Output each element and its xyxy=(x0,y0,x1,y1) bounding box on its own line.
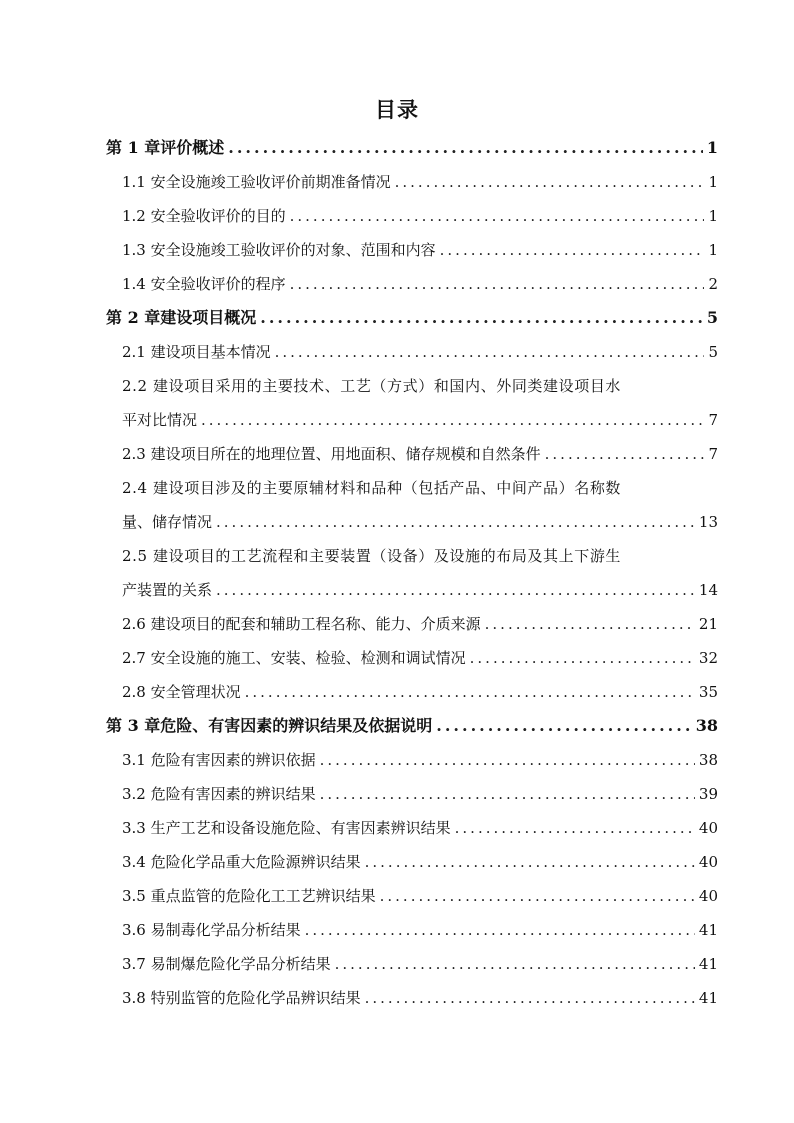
toc-page-number: 7 xyxy=(708,403,718,437)
toc-entry-label: 1.3 安全设施竣工验收评价的对象、范围和内容 xyxy=(122,233,436,267)
toc-page-number: 1 xyxy=(708,165,718,199)
toc-section-2-2[interactable]: 2.2 建设项目采用的主要技术、工艺（方式）和国内、外同类建设项目水 平对比情况… xyxy=(106,369,718,437)
toc-page-number: 40 xyxy=(699,879,718,913)
table-of-contents: 第 1 章评价概述 1 1.1 安全设施竣工验收评价前期准备情况 1 1.2 安… xyxy=(106,131,718,1015)
toc-page-number: 41 xyxy=(699,947,718,981)
toc-page-number: 7 xyxy=(708,437,718,471)
toc-page-number: 39 xyxy=(699,777,718,811)
toc-section-3-5[interactable]: 3.5 重点监管的危险化工工艺辨识结果 40 xyxy=(106,879,718,913)
toc-entry-label: 3.7 易制爆危险化学品分析结果 xyxy=(122,947,331,981)
toc-page-number: 21 xyxy=(699,607,718,641)
toc-page-number: 41 xyxy=(699,981,718,1015)
dot-leader xyxy=(470,641,695,675)
toc-page-number: 5 xyxy=(707,301,718,335)
toc-entry-label: 2.8 安全管理状况 xyxy=(122,675,241,709)
toc-entry-label: 3.4 危险化学品重大危险源辨识结果 xyxy=(122,845,361,879)
toc-entry-continuation: 产装置的关系 14 xyxy=(106,573,718,607)
toc-section-1-2[interactable]: 1.2 安全验收评价的目的 1 xyxy=(106,199,718,233)
toc-page-number: 2 xyxy=(708,267,718,301)
toc-entry-label-line1: 2.5 建设项目的工艺流程和主要装置（设备）及设施的布局及其上下游生 xyxy=(106,539,718,573)
toc-entry-label-line2: 平对比情况 xyxy=(122,403,197,437)
toc-section-2-1[interactable]: 2.1 建设项目基本情况 5 xyxy=(106,335,718,369)
toc-entry-continuation: 平对比情况 7 xyxy=(106,403,718,437)
toc-section-1-4[interactable]: 1.4 安全验收评价的程序 2 xyxy=(106,267,718,301)
toc-section-3-3[interactable]: 3.3 生产工艺和设备设施危险、有害因素辨识结果 40 xyxy=(106,811,718,845)
toc-page-number: 38 xyxy=(699,743,718,777)
dot-leader xyxy=(216,573,695,607)
dot-leader xyxy=(305,913,695,947)
toc-chapter-3[interactable]: 第 3 章危险、有害因素的辨识结果及依据说明 38 xyxy=(106,709,718,743)
toc-entry-label: 第 1 章评价概述 xyxy=(106,131,224,165)
toc-entry-label: 2.7 安全设施的施工、安装、检验、检测和调试情况 xyxy=(122,641,466,675)
toc-entry-label-line1: 2.4 建设项目涉及的主要原辅材料和品种（包括产品、中间产品）名称数 xyxy=(106,471,718,505)
toc-entry-label: 3.8 特别监管的危险化学品辨识结果 xyxy=(122,981,361,1015)
toc-entry-label: 第 2 章建设项目概况 xyxy=(106,301,256,335)
dot-leader xyxy=(335,947,695,981)
toc-entry-label: 3.2 危险有害因素的辨识结果 xyxy=(122,777,316,811)
toc-section-3-8[interactable]: 3.8 特别监管的危险化学品辨识结果 41 xyxy=(106,981,718,1015)
dot-leader xyxy=(320,777,695,811)
toc-section-3-6[interactable]: 3.6 易制毒化学品分析结果 41 xyxy=(106,913,718,947)
toc-entry-label: 第 3 章危险、有害因素的辨识结果及依据说明 xyxy=(106,709,432,743)
toc-section-3-1[interactable]: 3.1 危险有害因素的辨识依据 38 xyxy=(106,743,718,777)
toc-page-number: 13 xyxy=(699,505,718,539)
dot-leader xyxy=(216,505,695,539)
toc-entry-label: 3.5 重点监管的危险化工工艺辨识结果 xyxy=(122,879,376,913)
toc-page-number: 14 xyxy=(699,573,718,607)
dot-leader xyxy=(320,743,695,777)
dot-leader xyxy=(290,199,705,233)
toc-entry-label: 1.2 安全验收评价的目的 xyxy=(122,199,286,233)
toc-page-number: 5 xyxy=(708,335,718,369)
toc-section-2-6[interactable]: 2.6 建设项目的配套和辅助工程名称、能力、介质来源 21 xyxy=(106,607,718,641)
toc-entry-label: 2.3 建设项目所在的地理位置、用地面积、储存规模和自然条件 xyxy=(122,437,541,471)
toc-section-2-4[interactable]: 2.4 建设项目涉及的主要原辅材料和品种（包括产品、中间产品）名称数 量、储存情… xyxy=(106,471,718,539)
dot-leader xyxy=(545,437,705,471)
toc-section-2-7[interactable]: 2.7 安全设施的施工、安装、检验、检测和调试情况 32 xyxy=(106,641,718,675)
toc-entry-label: 3.6 易制毒化学品分析结果 xyxy=(122,913,301,947)
toc-entry-label: 1.4 安全验收评价的程序 xyxy=(122,267,286,301)
dot-leader xyxy=(395,165,705,199)
toc-page-number: 38 xyxy=(696,709,718,743)
toc-entry-label: 2.1 建设项目基本情况 xyxy=(122,335,271,369)
dot-leader xyxy=(260,301,703,335)
toc-entry-continuation: 量、储存情况 13 xyxy=(106,505,718,539)
toc-entry-label: 3.1 危险有害因素的辨识依据 xyxy=(122,743,316,777)
dot-leader xyxy=(290,267,705,301)
toc-entry-label: 3.3 生产工艺和设备设施危险、有害因素辨识结果 xyxy=(122,811,451,845)
toc-entry-label-line2: 产装置的关系 xyxy=(122,573,212,607)
toc-page-number: 1 xyxy=(707,131,718,165)
dot-leader xyxy=(485,607,695,641)
toc-section-2-5[interactable]: 2.5 建设项目的工艺流程和主要装置（设备）及设施的布局及其上下游生 产装置的关… xyxy=(106,539,718,607)
toc-page-number: 1 xyxy=(708,199,718,233)
toc-section-3-2[interactable]: 3.2 危险有害因素的辨识结果 39 xyxy=(106,777,718,811)
toc-entry-label-line1: 2.2 建设项目采用的主要技术、工艺（方式）和国内、外同类建设项目水 xyxy=(106,369,718,403)
toc-section-3-7[interactable]: 3.7 易制爆危险化学品分析结果 41 xyxy=(106,947,718,981)
dot-leader xyxy=(436,709,691,743)
dot-leader xyxy=(365,845,695,879)
toc-title: 目录 xyxy=(0,94,794,124)
toc-section-2-3[interactable]: 2.3 建设项目所在的地理位置、用地面积、储存规模和自然条件 7 xyxy=(106,437,718,471)
toc-page-number: 40 xyxy=(699,845,718,879)
dot-leader xyxy=(380,879,695,913)
dot-leader xyxy=(245,675,695,709)
toc-page-number: 35 xyxy=(699,675,718,709)
toc-chapter-2[interactable]: 第 2 章建设项目概况 5 xyxy=(106,301,718,335)
toc-section-2-8[interactable]: 2.8 安全管理状况 35 xyxy=(106,675,718,709)
dot-leader xyxy=(275,335,705,369)
toc-chapter-1[interactable]: 第 1 章评价概述 1 xyxy=(106,131,718,165)
dot-leader xyxy=(228,131,703,165)
toc-page-number: 1 xyxy=(708,233,718,267)
toc-entry-label: 1.1 安全设施竣工验收评价前期准备情况 xyxy=(122,165,391,199)
dot-leader xyxy=(365,981,695,1015)
toc-section-1-1[interactable]: 1.1 安全设施竣工验收评价前期准备情况 1 xyxy=(106,165,718,199)
toc-section-1-3[interactable]: 1.3 安全设施竣工验收评价的对象、范围和内容 1 xyxy=(106,233,718,267)
dot-leader xyxy=(440,233,705,267)
toc-section-3-4[interactable]: 3.4 危险化学品重大危险源辨识结果 40 xyxy=(106,845,718,879)
toc-entry-label-line2: 量、储存情况 xyxy=(122,505,212,539)
toc-page-number: 32 xyxy=(699,641,718,675)
dot-leader xyxy=(201,403,704,437)
toc-page-number: 40 xyxy=(699,811,718,845)
dot-leader xyxy=(455,811,695,845)
toc-page-number: 41 xyxy=(699,913,718,947)
toc-entry-label: 2.6 建设项目的配套和辅助工程名称、能力、介质来源 xyxy=(122,607,481,641)
